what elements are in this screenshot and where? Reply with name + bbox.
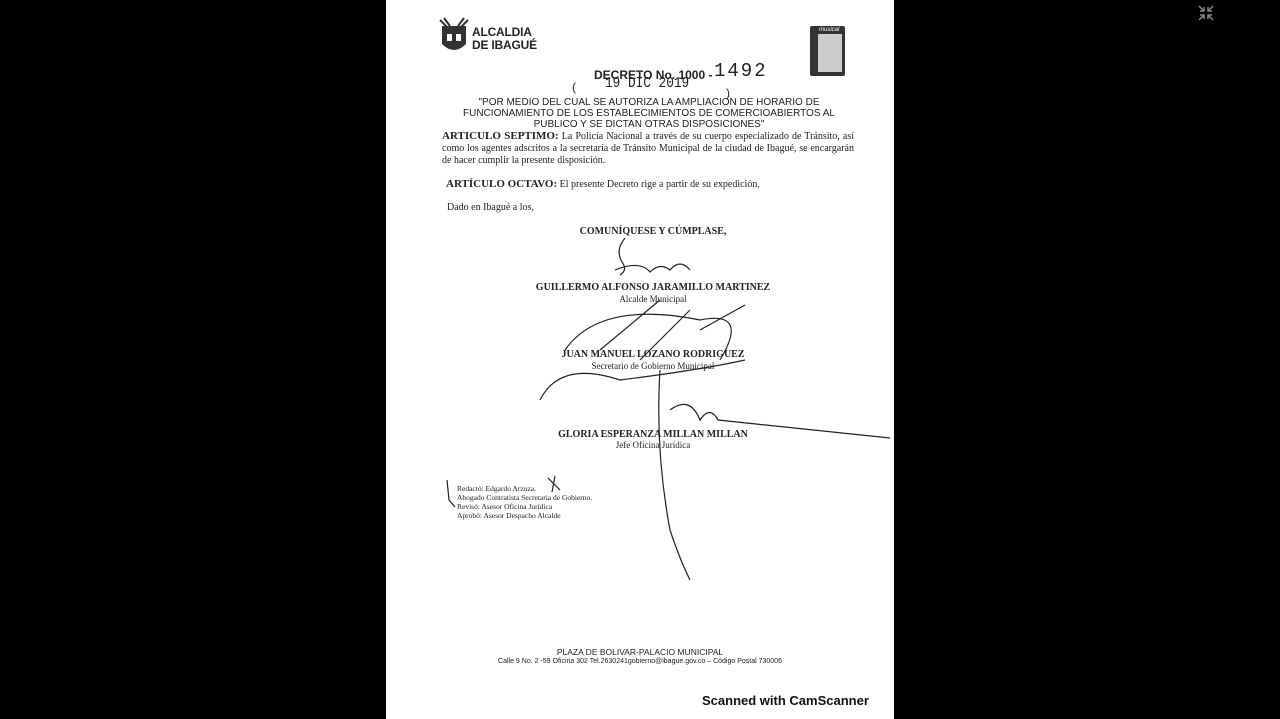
signatory-role: Jefe Oficina Jurídica — [400, 440, 906, 450]
article-seventh: ARTICULO SEPTIMO: La Policía Nacional a … — [442, 130, 854, 167]
footer-contact: Calle 9 No. 2 -59 Oficina 302 Tel.263024… — [386, 658, 894, 665]
logo-text: ALCALDIA DE IBAGUÉ — [472, 26, 537, 52]
exit-fullscreen-icon[interactable] — [1198, 5, 1214, 21]
signatory-name: GUILLERMO ALFONSO JARAMILLO MARTINEZ — [400, 282, 906, 293]
musical-city-badge: musical — [810, 26, 845, 76]
article-eighth: ARTÍCULO OCTAVO: El presente Decreto rig… — [446, 178, 858, 191]
paren-open: ( — [572, 80, 576, 94]
signatory-name: GLORIA ESPERANZA MILLAN MILLAN — [400, 429, 906, 440]
footer-address-title: PLAZA DE BOLIVAR-PALACIO MUNICIPAL — [386, 647, 894, 657]
given-in: Dado en Ibagué a los, — [447, 202, 859, 214]
signatory-role: Secretario de Gobierno Municipal — [400, 361, 906, 371]
date-stamp: 19 DIC 2019 — [605, 75, 689, 92]
camscanner-watermark: Scanned with CamScanner — [702, 693, 869, 708]
closing: COMUNÍQUESE Y CÚMPLASE, — [386, 226, 920, 237]
credits: Redactó: Edgardo Arzuza. Abogado Contrat… — [457, 484, 592, 520]
signatory-role: Alcalde Municipal — [400, 294, 906, 304]
decree-title: "POR MEDIO DEL CUAL SE AUTORIZA LA AMPLI… — [440, 97, 858, 130]
decree-number: 1492 — [714, 60, 768, 82]
signatory-name: JUAN MANUEL LOZANO RODRIGUEZ — [400, 349, 906, 360]
city-shield-icon — [438, 16, 470, 58]
